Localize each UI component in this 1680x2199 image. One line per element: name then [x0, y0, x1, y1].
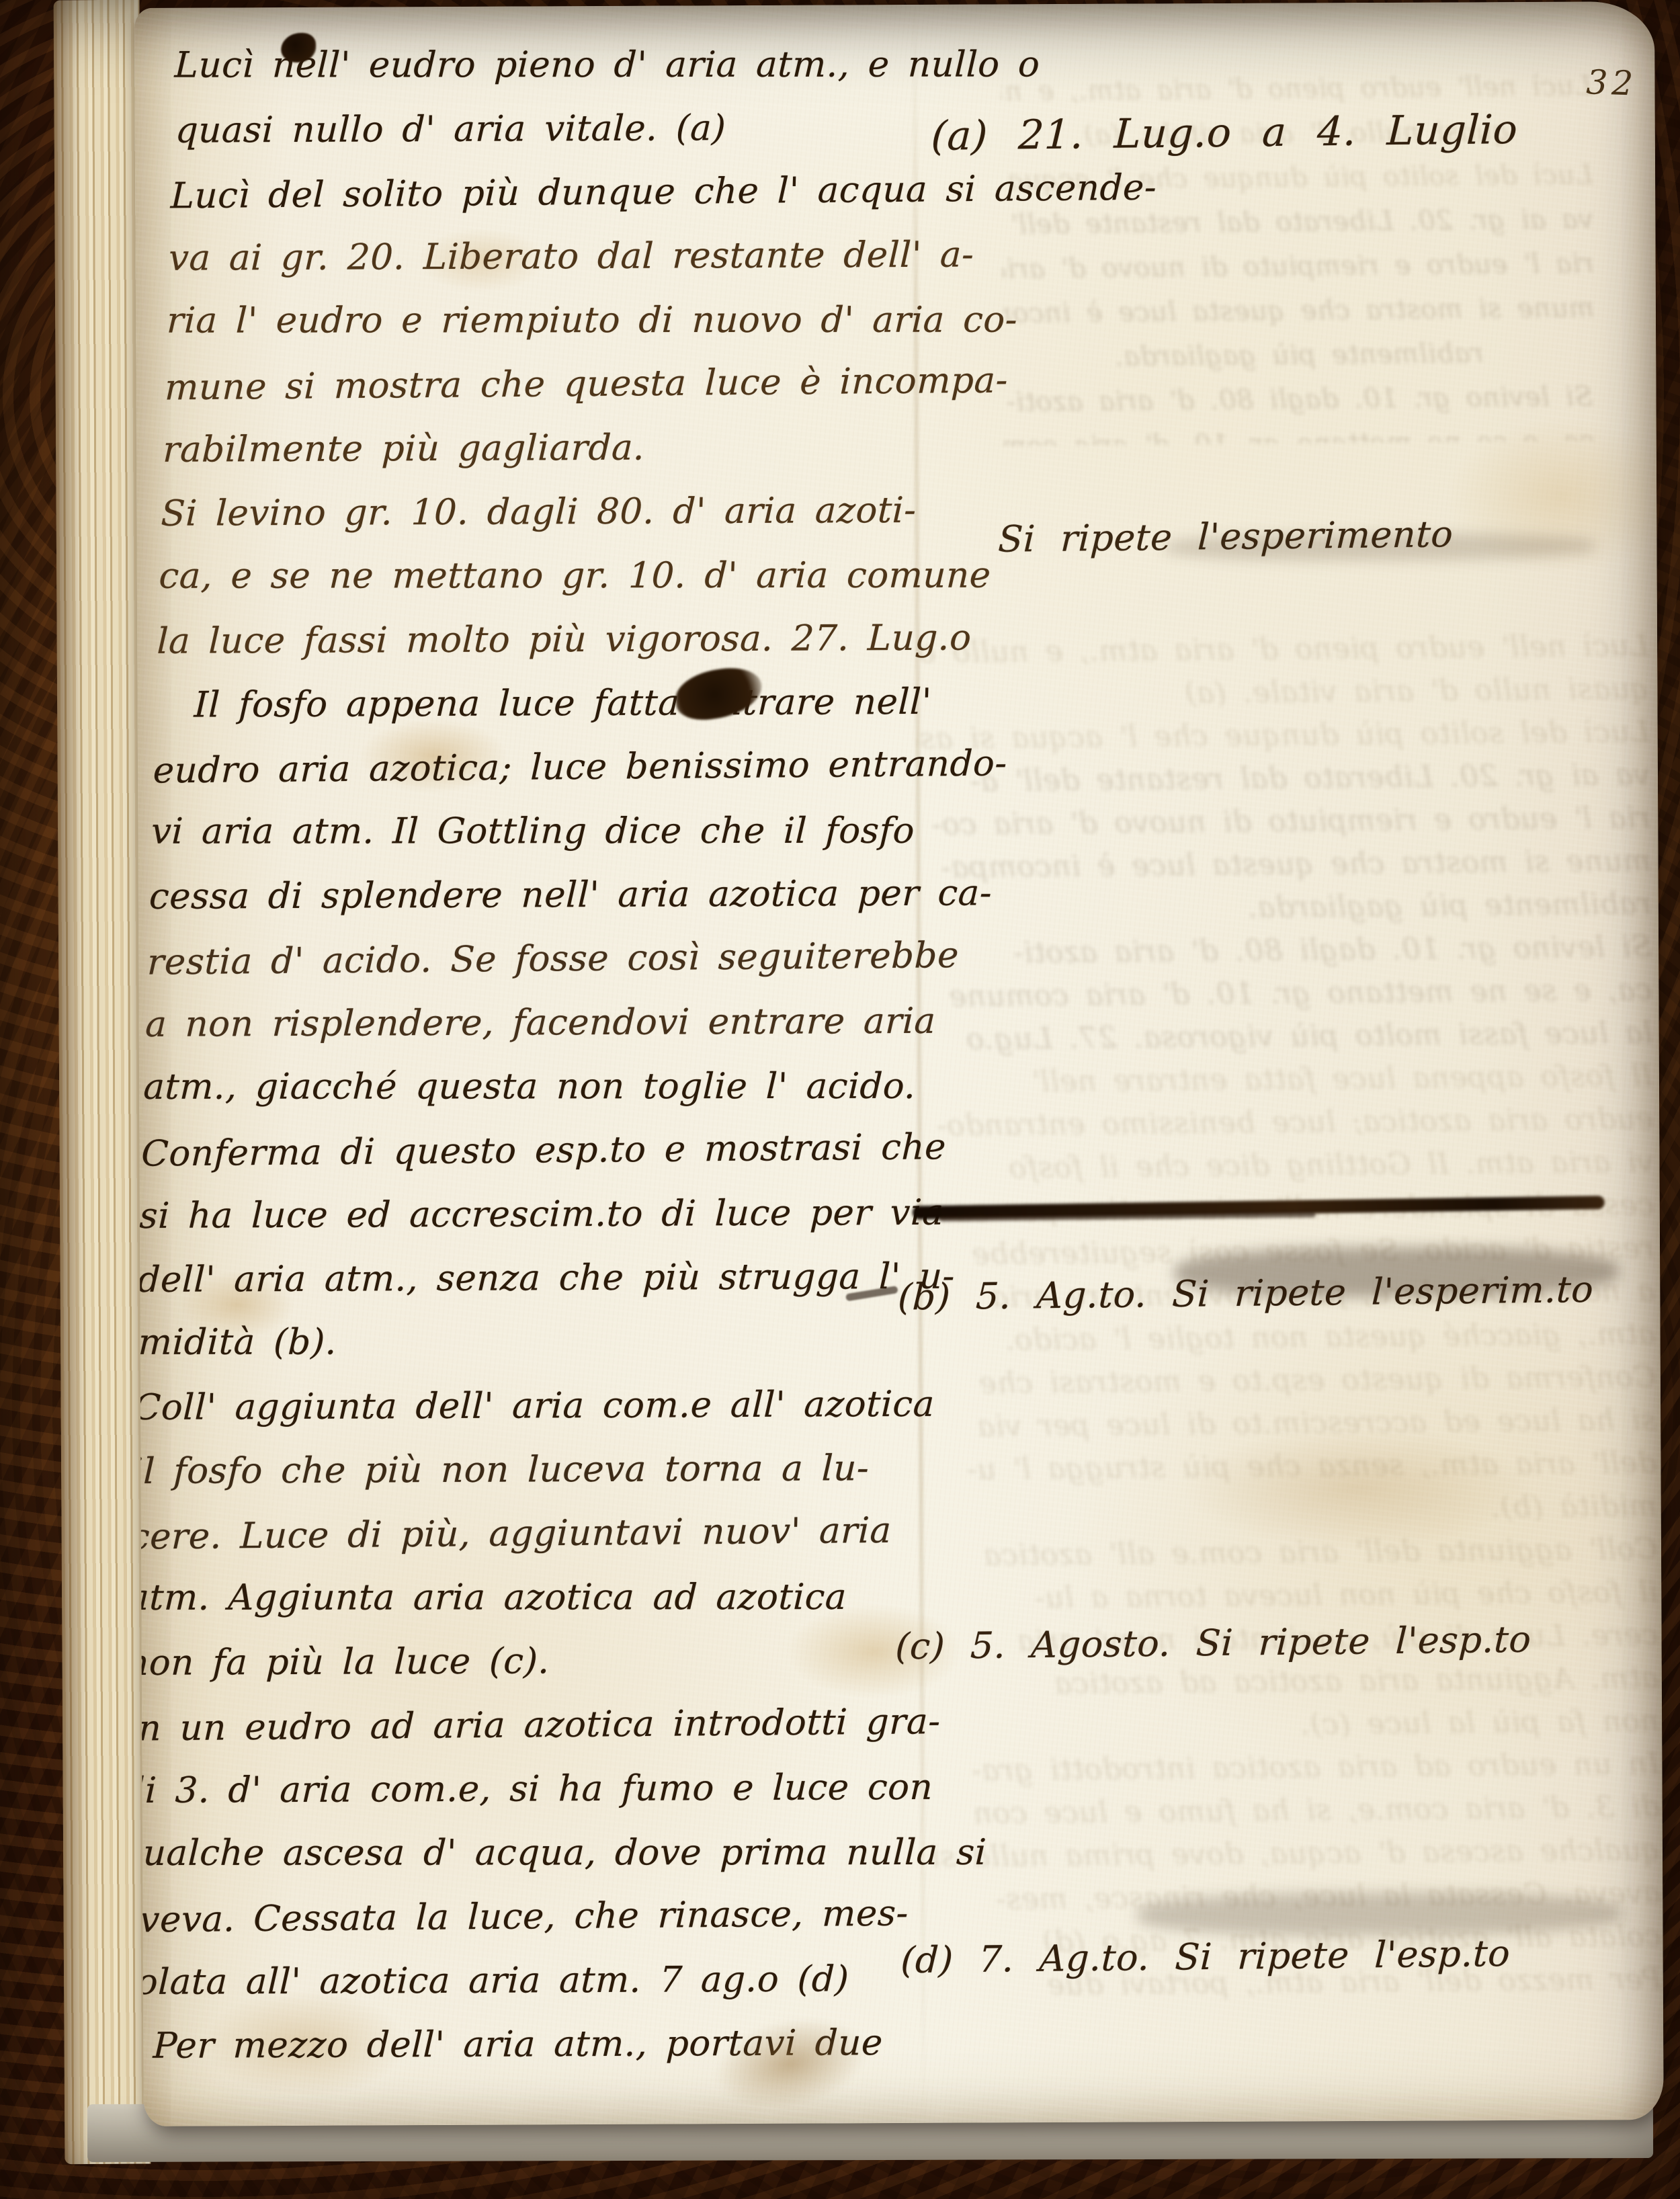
bleedthrough-line: rabilmente più gagliarda. [919, 882, 1652, 932]
manuscript-line: la luce fassi molto più vigorosa. 27. Lu… [156, 606, 971, 673]
manuscript-line: non fa più la luce (c). [134, 1628, 940, 1695]
note-text: Si ripete l'esperimento [997, 513, 1454, 561]
bleedthrough-line: ca, e se ne mettano gr. 10. d' aria comu… [919, 968, 1652, 1018]
manuscript-line: Il fosfo appena luce fatta entrare nell' [154, 670, 969, 737]
bleedthrough-line: Si levino gr. 10. dagli 80. d' aria azot… [1003, 374, 1595, 424]
bleedthrough-line: Lucì del solito più dunque che l' acqua … [917, 710, 1650, 760]
ink-bleed-patch [1137, 1891, 1621, 1936]
bleedthrough-line: In un eudro ad aria azotica introdotti g… [927, 1743, 1660, 1792]
bleedthrough-line: eudro aria azotica; luce benissimo entra… [921, 1097, 1654, 1147]
manuscript-line: rabilmente più gagliarda. [162, 415, 977, 482]
page-number: 32 [1586, 63, 1638, 103]
manuscript-line: ria l' eudro e riempiuto di nuovo d' ari… [166, 288, 981, 353]
bleedthrough-line: aveva. Cessata la luce, che rinasce, mes… [928, 1872, 1661, 1921]
note-label: (d) [900, 1938, 954, 1981]
manuscript-line: cere. Luce di più, aggiuntavi nuov' aria [134, 1498, 943, 1569]
manuscript-line: va ai gr. 20. Liberato dal restante dell… [168, 222, 983, 290]
manuscript-line: Conferma di questo esp.to e mostrasi che [140, 1115, 956, 1186]
note-text: 5. Ag.to. Si ripete l'esperim.to [975, 1268, 1595, 1317]
bleedthrough-line: dell' aria atm., senza che più strugga l… [924, 1442, 1657, 1491]
manuscript-line: qualche ascesa d' acqua, dove prima null… [134, 1821, 934, 1885]
bleedthrough-text-main: Lucì nell' eudro pieno d' aria atm., e n… [916, 624, 1663, 2110]
manuscript-line: midità (b). [134, 1310, 950, 1374]
manuscript-line: mune si mostra che questa luce è incompa… [164, 349, 979, 420]
bleedthrough-line: si ha luce ed accrescim.to di luce per v… [923, 1399, 1656, 1448]
bleedthrough-line: il fosfo che più non luceva torna a lu- [925, 1571, 1658, 1620]
manuscript-line: cessa di splendere nell' aria azotica pe… [149, 862, 964, 929]
bleedthrough-line: mune si mostra che questa luce è incompa… [918, 839, 1651, 889]
margin-note-b: (b) 5. Ag.to. Si ripete l'esperim.to [897, 1268, 1595, 1319]
margin-note-c: (c) 5. Agosto. Si ripete l'esp.to [894, 1618, 1532, 1668]
bleedthrough-line: rabilmente più gagliarda. [1003, 330, 1595, 380]
bleedthrough-line: ria l' eudro e riempiuto di nuovo d' ari… [1002, 241, 1594, 291]
manuscript-line: Lucì del solito più dunque che l' acqua … [170, 157, 985, 229]
note-label: (c) [894, 1625, 946, 1668]
margin-note-d: (d) 7. Ag.to. Si ripete l'esp.to [900, 1932, 1511, 1981]
margin-note-a: (a) 21. Lug.o a 4. Luglio [930, 106, 1519, 160]
bleedthrough-line: Lucì nell' eudro pieno d' aria atm., e n… [916, 624, 1649, 674]
bleedthrough-line: va ai gr. 20. Liberato dal restante dell… [917, 753, 1650, 803]
note-text: 21. Lug.o a 4. Luglio [1017, 106, 1519, 159]
note-text: 5. Agosto. Si ripete l'esp.to [970, 1618, 1532, 1667]
manuscript-line: colata all' azotica aria atm. 7 ag.o (d) [134, 1947, 930, 2014]
foxing-stain [1447, 418, 1664, 573]
bleedthrough-line: ca, e se ne mettano gr. 10. d' aria comu… [1004, 419, 1595, 446]
bleedthrough-line: mune si mostra che questa luce è incompa… [1003, 286, 1595, 335]
note-label: (a) [930, 112, 989, 160]
manuscript-line: dell' aria atm., senza che più strugga l… [136, 1245, 952, 1312]
manuscript-line: In un eudro ad aria azotica introdotti g… [134, 1690, 938, 1761]
manuscript-line: Si levino gr. 10. dagli 80. d' aria azot… [160, 479, 975, 546]
bleedthrough-line: vi aria atm. Il Gottling dice che il fos… [921, 1140, 1654, 1190]
manuscript-line: atm., giacché questa non toglie l' acido… [142, 1054, 958, 1119]
manuscript-text-column: Lucì nell' eudro pieno d' aria atm., e n… [134, 31, 989, 2078]
manuscript-line: eudro aria azotica; luce benissimo entra… [153, 732, 968, 803]
manuscript-line: di 3. d' aria com.e, si ha fumo e luce c… [134, 1755, 936, 1823]
margin-note-repeat-experiment: Si ripete l'esperimento [997, 513, 1454, 561]
book-cover-leather: Lucì nell' eudro pieno d' aria atm., e n… [0, 0, 1680, 2199]
bleedthrough-line: atm., giacché questa non toglie l' acido… [923, 1313, 1656, 1362]
note-label: (b) [897, 1276, 952, 1319]
manuscript-line: il fosfo che più non luceva torna a lu- [134, 1436, 946, 1503]
manuscript-line: quasi nullo d' aria vitale. (a) [171, 95, 986, 162]
bleedthrough-line: Conferma di questo esp.to e mostrasi che [923, 1356, 1656, 1405]
manuscript-line: ca, e se ne mettano gr. 10. d' aria comu… [158, 544, 973, 608]
manuscript-line: a non risplendere, facendovi entrare ari… [144, 989, 960, 1056]
manuscript-line: atm. Aggiunta aria azotica ad azotica [134, 1565, 942, 1630]
bleedthrough-line: qualche ascesa d' acqua, dove prima null… [928, 1829, 1661, 1878]
bleedthrough-line: Si levino gr. 10. dagli 80. d' aria azot… [919, 925, 1652, 975]
note-text: 7. Ag.to. Si ripete l'esp.to [978, 1932, 1511, 1981]
bleedthrough-line: la luce fassi molto più vigorosa. 27. Lu… [920, 1011, 1653, 1061]
manuscript-line: si ha luce ed accrescim.to di luce per v… [138, 1181, 954, 1248]
manuscript-line: restia d' acido. Se fosse così seguitere… [146, 923, 962, 995]
manuscript-line: aveva. Cessata la luce, che rinasce, mes… [134, 1881, 932, 1952]
bleedthrough-line: quasi nullo d' aria vitale. (a) [917, 667, 1650, 717]
bleedthrough-line: Coll' aggiunta dell' aria com.e all' azo… [925, 1528, 1658, 1577]
foxing-stain [1182, 1427, 1532, 1549]
bleedthrough-line: midità (b). [925, 1485, 1658, 1534]
manuscript-page: Lucì nell' eudro pieno d' aria atm., e n… [134, 1, 1664, 2126]
bleedthrough-line: Il fosfo appena luce fatta entrare nell' [920, 1054, 1653, 1104]
manuscript-line: vi aria atm. Il Gottling dice che il fos… [150, 799, 965, 864]
bleedthrough-line: non fa più la luce (c). [927, 1700, 1660, 1749]
bleedthrough-line: di 3. d' aria com.e, si ha fumo e luce c… [927, 1786, 1661, 1835]
bleedthrough-line: ria l' eudro e riempiuto di nuovo d' ari… [918, 796, 1651, 846]
manuscript-line: Coll' aggiunta dell' aria com.e all' azo… [134, 1372, 948, 1440]
